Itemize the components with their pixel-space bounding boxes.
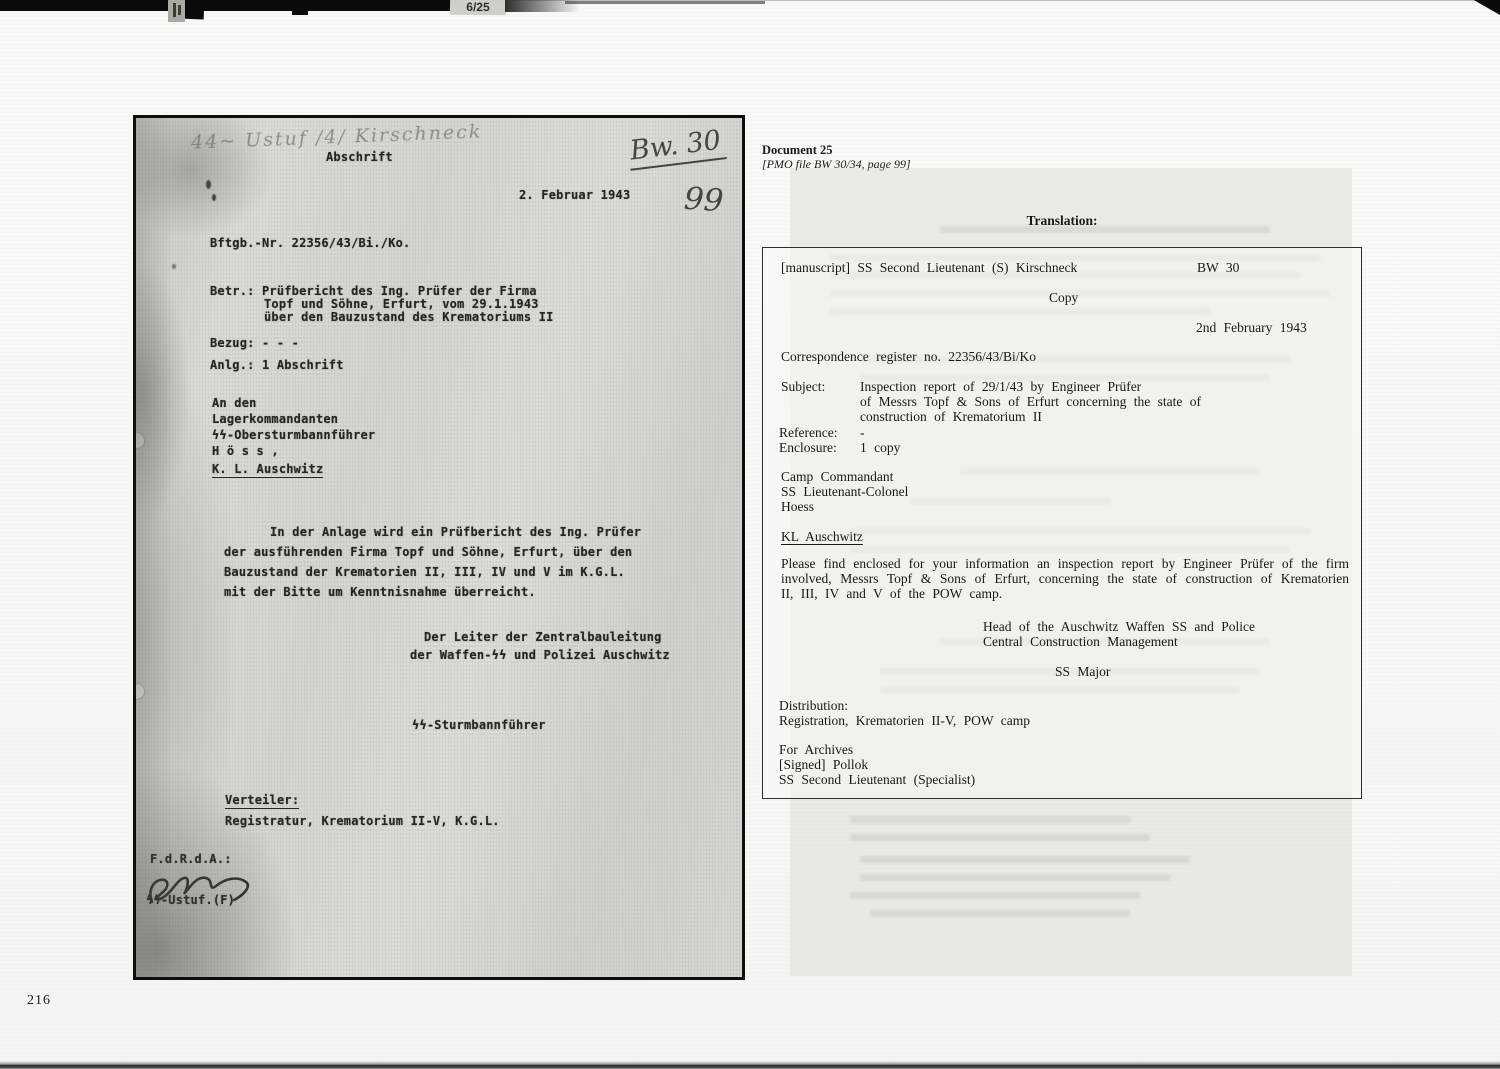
addressee-line: H ö s s , bbox=[212, 444, 279, 458]
book-page-scan: 6/25 44~ Ustuf /4/ Kirschneck Bw. 30 99 … bbox=[0, 0, 1500, 1069]
subject-line: Betr.: Prüfbericht des Ing. Prüfer der F… bbox=[210, 284, 537, 298]
distribution-line: Registratur, Krematorium II-V, K.G.L. bbox=[225, 814, 500, 828]
signoff-line: der Waffen-ϟϟ und Polizei Auschwitz bbox=[410, 648, 670, 662]
body-line: der ausführenden Firma Topf und Söhne, E… bbox=[224, 545, 632, 559]
file-reference: BW 30 bbox=[1197, 260, 1239, 275]
distribution-label: Verteiler: bbox=[225, 793, 299, 809]
reference-value: - bbox=[860, 425, 865, 440]
translation-date: 2nd February 1943 bbox=[1196, 320, 1307, 335]
register-line: Correspondence register no. 22356/43/Bi/… bbox=[781, 349, 1036, 364]
scan-corner-wedge bbox=[1468, 0, 1500, 15]
addressee-line: SS Lieutenant-Colonel bbox=[781, 484, 908, 499]
body-line: Bauzustand der Krematorien II, III, IV u… bbox=[224, 565, 625, 579]
certifier-rank-line: ϟϟ-Ustuf.(F) bbox=[146, 893, 235, 907]
scan-edge-thinline bbox=[565, 1, 765, 4]
document-date: 2. Februar 1943 bbox=[519, 188, 630, 202]
enclosure-value: 1 copy bbox=[860, 440, 900, 455]
scan-edge-frame-number: 6/25 bbox=[450, 0, 506, 15]
certification-line: F.d.R.d.A.: bbox=[150, 852, 232, 866]
addressee-line: An den bbox=[212, 396, 257, 410]
signoff-line: Central Construction Management bbox=[983, 634, 1178, 649]
body-line: mit der Bitte um Kenntnisnahme überreich… bbox=[224, 585, 536, 599]
distribution-line: Registration, Krematorien II-V, POW camp bbox=[779, 713, 1030, 728]
addressee-camp: K. L. Auschwitz bbox=[212, 462, 323, 478]
signoff-line: Der Leiter der Zentralbauleitung bbox=[424, 630, 662, 644]
enclosure-label: Enclosure: bbox=[779, 440, 837, 455]
scan-edge-blob bbox=[292, 0, 308, 15]
rank-line: ϟϟ-Sturmbannführer bbox=[412, 718, 546, 732]
ink-spot bbox=[212, 194, 216, 201]
subject-line: über den Bauzustand des Krematoriums II bbox=[264, 310, 554, 324]
scan-edge-chip bbox=[168, 0, 185, 22]
rank-line: SS Major bbox=[1055, 664, 1110, 679]
body-line: In der Anlage wird ein Prüfbericht des I… bbox=[270, 525, 641, 539]
handwritten-file-number: Bw. 30 bbox=[626, 124, 727, 171]
addressee-camp: KL Auschwitz bbox=[781, 529, 863, 544]
punch-hole bbox=[133, 433, 144, 448]
copy-label: Copy bbox=[1049, 290, 1078, 305]
ink-spot bbox=[172, 264, 176, 269]
addressee-line: Lagerkommandanten bbox=[212, 412, 338, 426]
document-number-label: Document 25 bbox=[762, 143, 832, 158]
subject-label: Subject: bbox=[781, 379, 825, 394]
signer-rank-line: SS Second Lieutenant (Specialist) bbox=[779, 772, 975, 787]
addressee-line: Camp Commandant bbox=[781, 469, 893, 484]
subject-line: of Messrs Topf & Sons of Erfurt concerni… bbox=[860, 394, 1201, 409]
archives-line: For Archives bbox=[779, 742, 853, 757]
facsimile-document-photo: 44~ Ustuf /4/ Kirschneck Bw. 30 99 Absch… bbox=[133, 115, 745, 980]
book-page-number: 216 bbox=[27, 993, 51, 1009]
punch-hole bbox=[133, 684, 144, 699]
handwritten-annotation: 44~ Ustuf /4/ Kirschneck bbox=[191, 120, 483, 153]
reference-label: Reference: bbox=[779, 425, 837, 440]
copy-heading: Abschrift bbox=[326, 150, 393, 164]
body-paragraph: Please find enclosed for your informatio… bbox=[781, 556, 1349, 601]
scan-edge-band bbox=[0, 0, 455, 11]
ink-spot bbox=[206, 180, 211, 189]
subject-line: Topf und Söhne, Erfurt, vom 29.1.1943 bbox=[264, 297, 539, 311]
subject-line: Inspection report of 29/1/43 by Engineer… bbox=[860, 379, 1141, 394]
translation-box: [manuscript] SS Second Lieutenant (S) Ki… bbox=[762, 247, 1362, 799]
enclosure-line: Anlg.: 1 Abschrift bbox=[210, 358, 344, 372]
signed-line: [Signed] Pollok bbox=[779, 757, 868, 772]
addressee-line: ϟϟ-Obersturmbannführer bbox=[212, 428, 375, 442]
handwritten-page-number: 99 bbox=[683, 181, 725, 220]
register-number: Bftgb.-Nr. 22356/43/Bi./Ko. bbox=[210, 236, 410, 250]
addressee-line: Hoess bbox=[781, 499, 814, 514]
distribution-label: Distribution: bbox=[779, 698, 848, 713]
translation-heading: Translation: bbox=[762, 213, 1362, 229]
reference-line: Bezug: - - - bbox=[210, 336, 299, 350]
signoff-line: Head of the Auschwitz Waffen SS and Poli… bbox=[983, 619, 1255, 634]
subject-line: construction of Krematorium II bbox=[860, 409, 1042, 424]
manuscript-note-line: [manuscript] SS Second Lieutenant (S) Ki… bbox=[781, 260, 1077, 275]
scan-bottom-edge bbox=[0, 1061, 1500, 1069]
